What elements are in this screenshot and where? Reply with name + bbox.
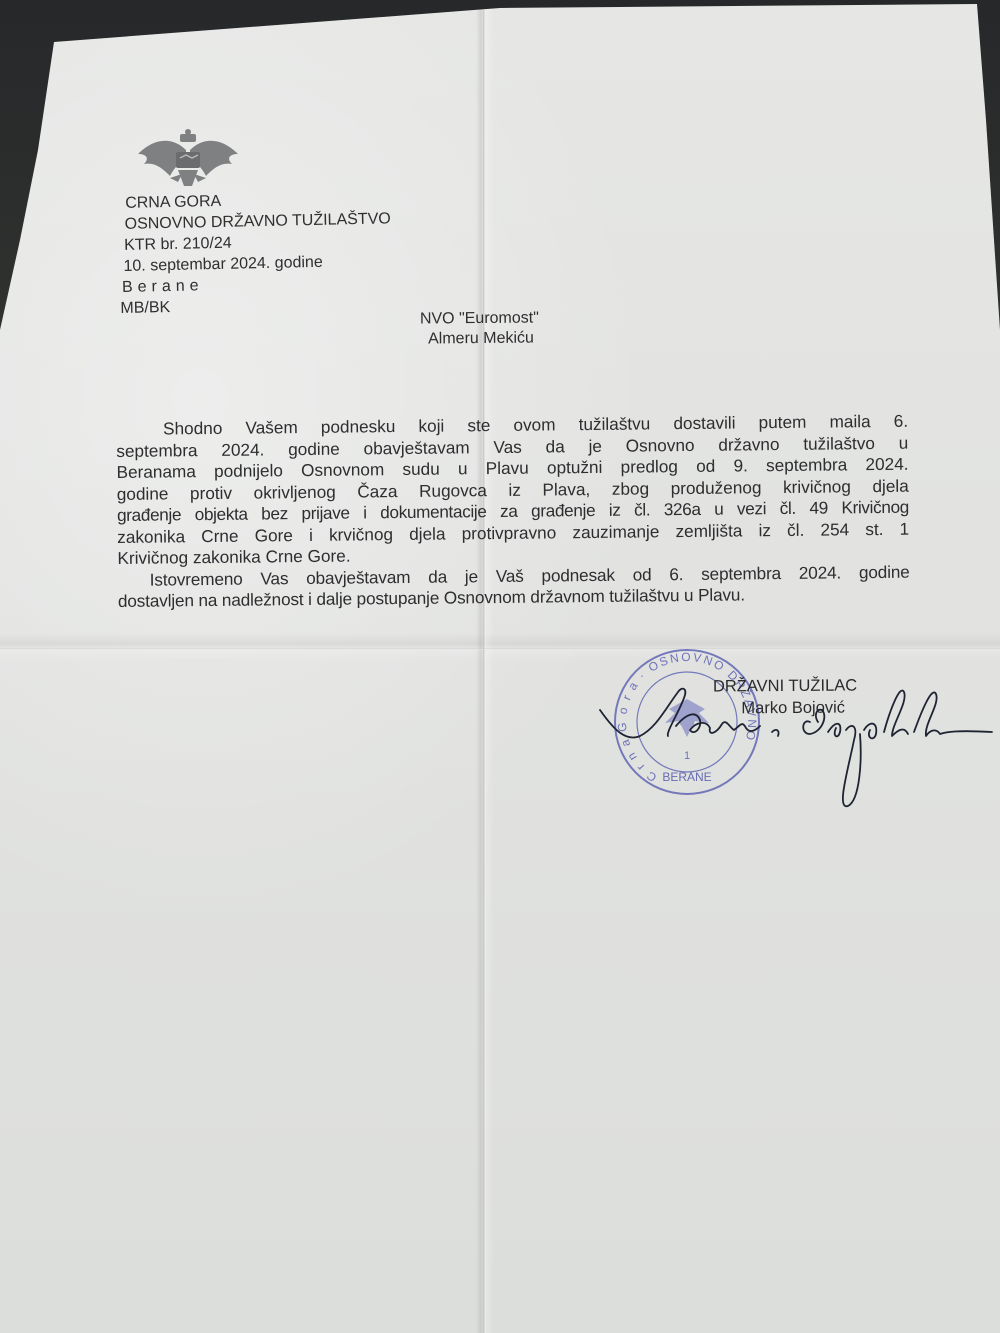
montenegro-coat-of-arms-icon: [134, 128, 242, 190]
vertical-fold-crease: [483, 10, 486, 1333]
recipient-organization: NVO "Euromost": [420, 308, 539, 329]
paragraph-1: Shodno Vašem podnesku koji ste ovom tuži…: [116, 411, 910, 570]
reference-initials: MB/BK: [120, 292, 392, 319]
letter-paper: CRNA GORA OSNOVNO DRŽAVNO TUŽILAŠTVO KTR…: [0, 0, 1000, 1333]
paragraph-2: Istovremeno Vas obavještavam da je Vaš p…: [118, 561, 910, 612]
letter-body: Shodno Vašem podnesku koji ste ovom tuži…: [116, 411, 910, 613]
recipient-person: Almeru Mekiću: [428, 328, 539, 349]
handwritten-signature: [596, 670, 996, 815]
horizontal-fold-crease: [0, 648, 1000, 650]
recipient-address: NVO "Euromost" Almeru Mekiću: [420, 308, 539, 349]
letterhead: CRNA GORA OSNOVNO DRŽAVNO TUŽILAŠTVO KTR…: [120, 187, 393, 319]
